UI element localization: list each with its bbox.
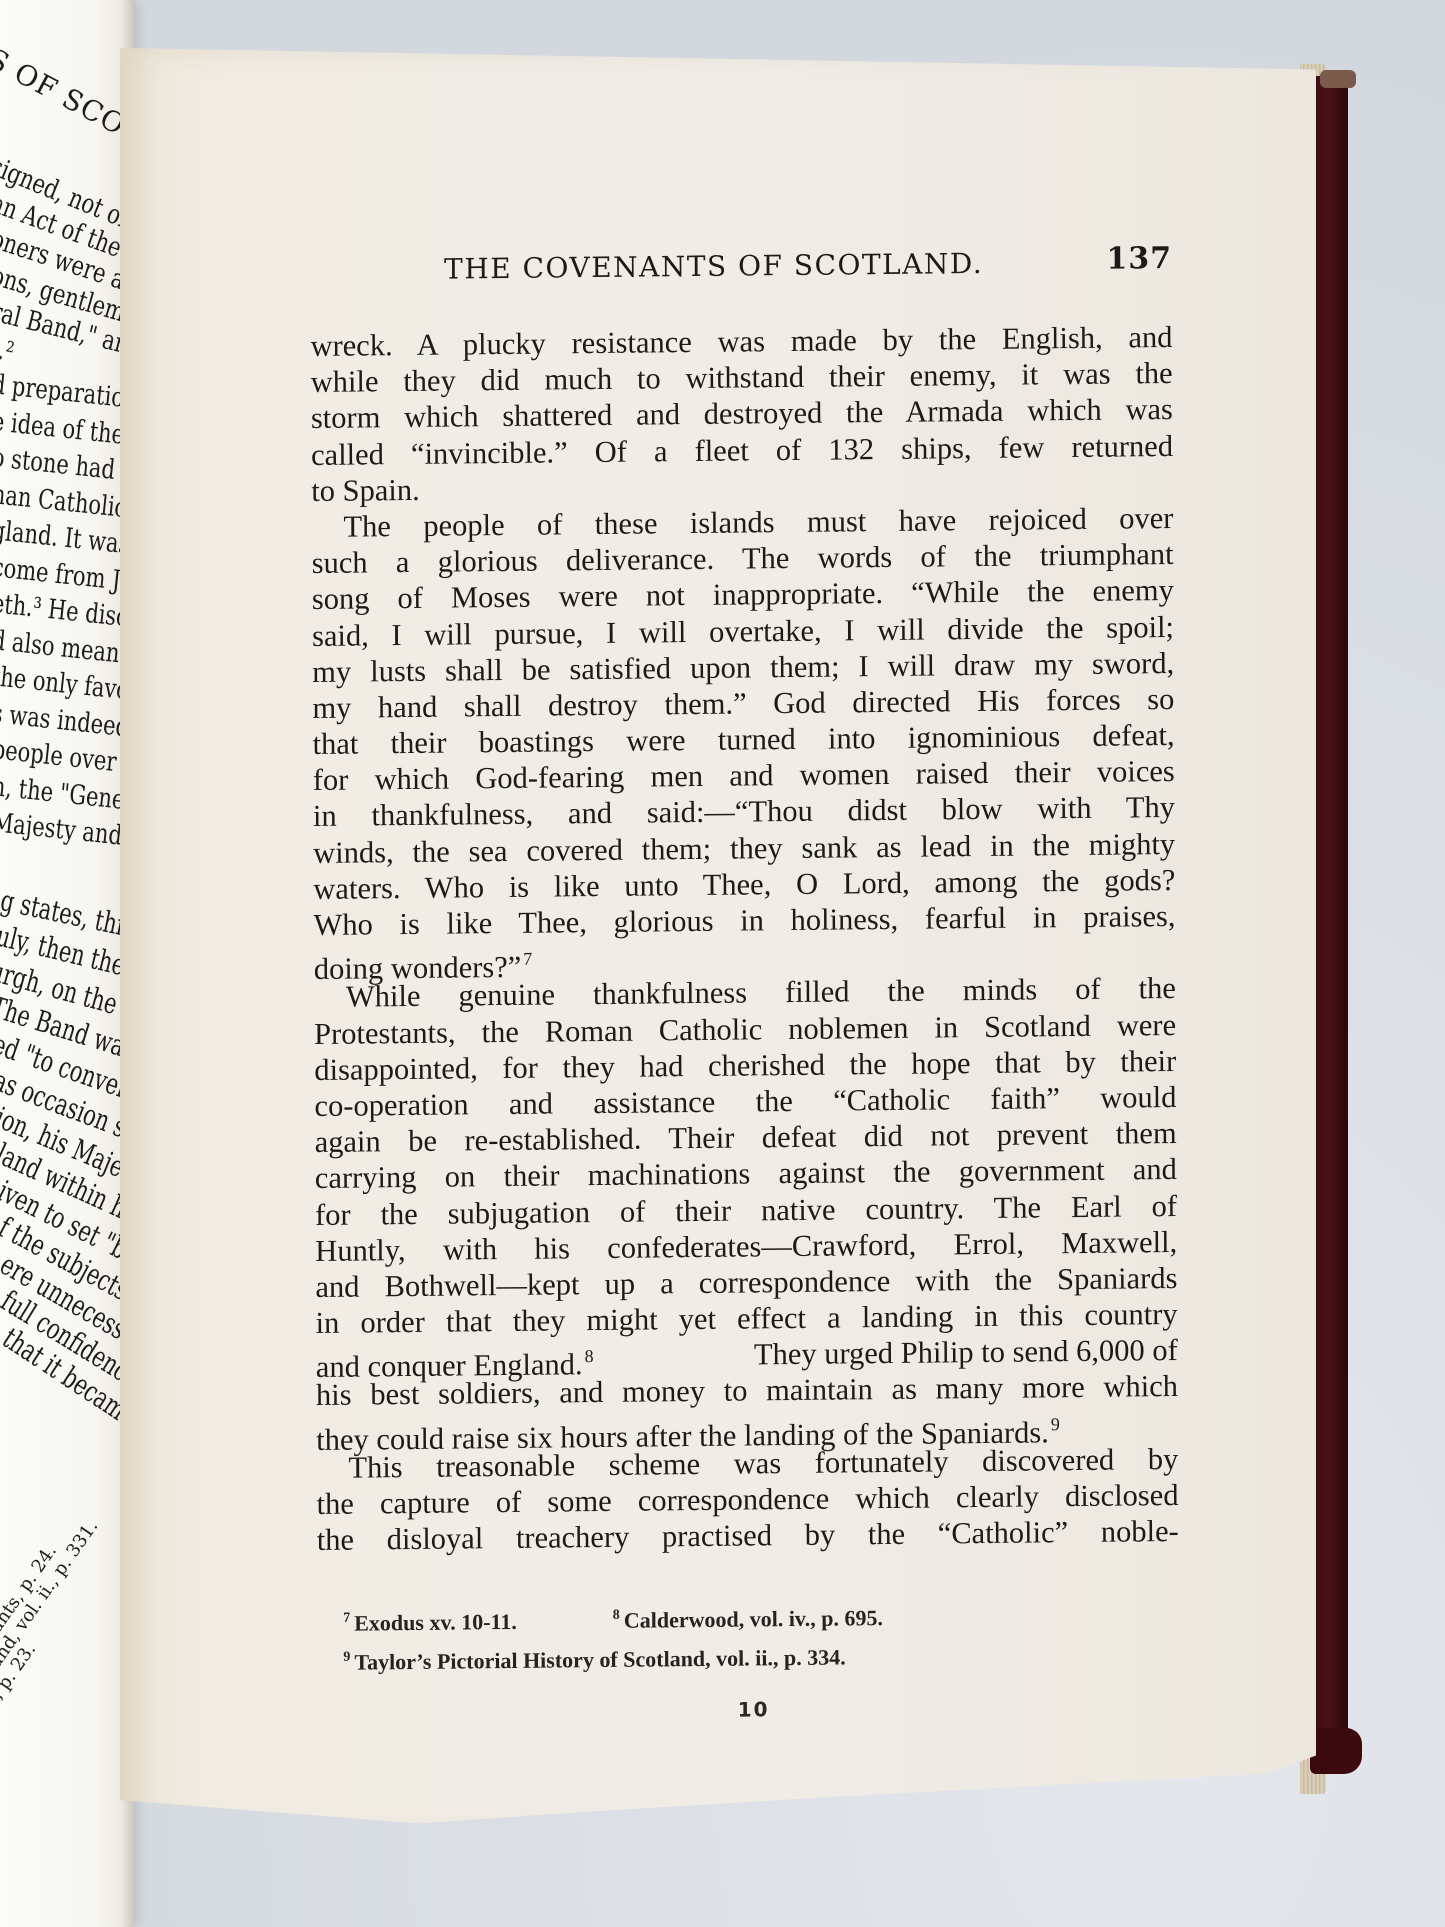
paragraph-3: While genuine thankfulness filled the mi…	[314, 970, 1178, 1449]
footnote-row: 9Taylor’s Pictorial History of Scotland,…	[343, 1632, 1179, 1680]
footnote-number: 7	[343, 1611, 350, 1626]
paragraph-1: wreck. A plucky resistance was made by t…	[310, 319, 1173, 509]
text-line: the disloyal treachery practised by the …	[317, 1513, 1179, 1558]
footnote-text: Taylor’s Pictorial History of Scotland, …	[354, 1645, 845, 1675]
book-page: THE COVENANTS OF SCOTLAND. 137 wreck. A …	[120, 48, 1316, 1836]
paragraph-4: This treasonable scheme was fortunately …	[316, 1441, 1179, 1559]
cover-corner-top	[1320, 70, 1356, 88]
footnote-text: Exodus xv. 10-11.	[354, 1609, 517, 1636]
left-page-line: l.²	[0, 333, 17, 368]
page-number: 137	[1106, 241, 1172, 277]
footnote-text: Calderwood, vol. iv., p. 695.	[624, 1605, 883, 1633]
footnote-number: 9	[343, 1650, 350, 1665]
running-head-title: THE COVENANTS OF SCOTLAND.	[444, 247, 983, 286]
footnote-number: 8	[613, 1608, 620, 1623]
footnote-8: 8Calderwood, vol. iv., p. 695.	[613, 1596, 883, 1638]
footnotes: 7Exodus xv. 10-11. 8Calderwood, vol. iv.…	[343, 1593, 1179, 1680]
signature-mark: 10	[318, 1693, 1180, 1726]
body-text: wreck. A plucky resistance was made by t…	[310, 319, 1178, 1558]
footnote-ref-8: 8	[585, 1346, 594, 1366]
text-fragment: They urged Philip to send 6,000 of	[754, 1332, 1178, 1373]
left-facing-page: S OF SCOTLAND signed, not only oan Act o…	[0, 0, 134, 1927]
paragraph-2: The people of these islands must have re…	[311, 500, 1175, 979]
footnote-ref-9: 9	[1051, 1414, 1060, 1434]
footnote-7: 7Exodus xv. 10-11.	[343, 1600, 517, 1641]
book-cover-edge	[1312, 76, 1348, 1772]
footnote-ref-7: 7	[523, 949, 532, 969]
footnote-9: 9Taylor’s Pictorial History of Scotland,…	[343, 1636, 846, 1680]
page-content: THE COVENANTS OF SCOTLAND. 137 wreck. A …	[310, 239, 1180, 1726]
text-fragment: and conquer England.8	[316, 1338, 594, 1377]
running-head: THE COVENANTS OF SCOTLAND. 137	[310, 239, 1172, 298]
cover-corner-bottom	[1310, 1728, 1362, 1774]
